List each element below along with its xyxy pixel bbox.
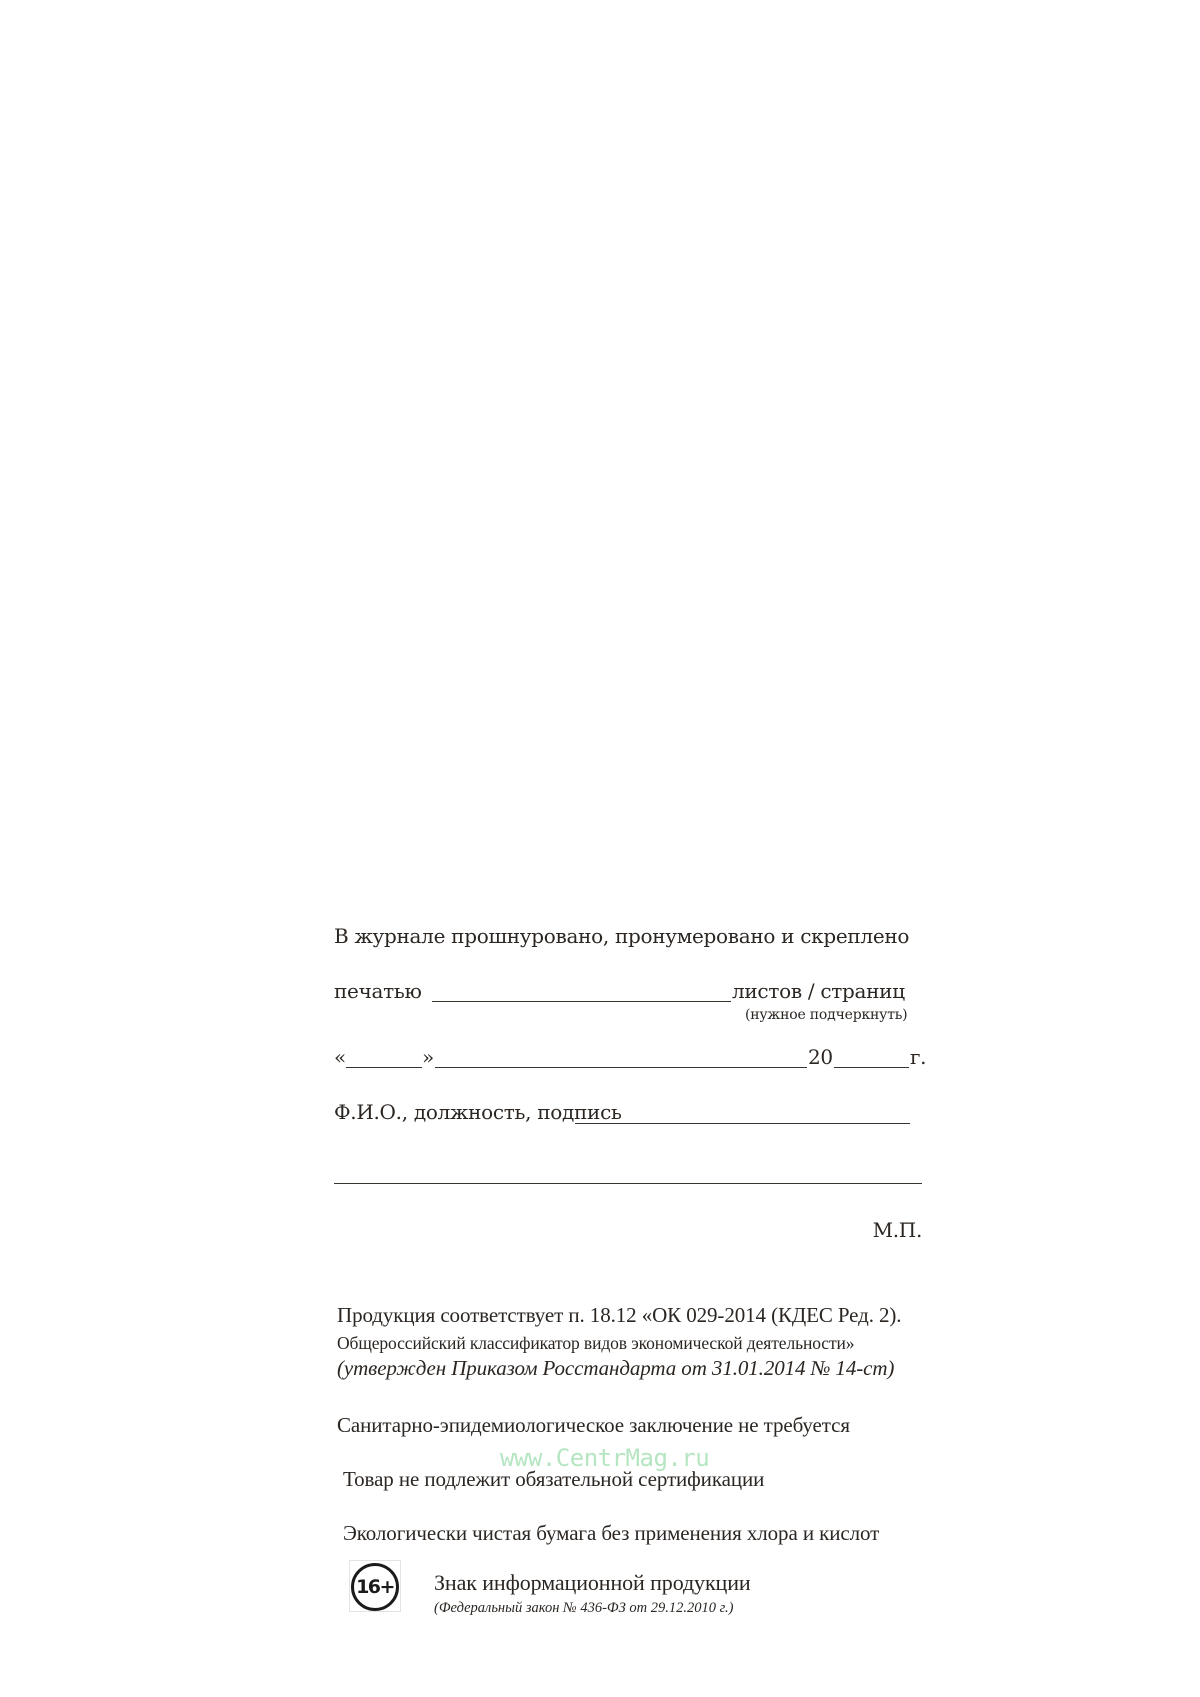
sheets-count-field[interactable] [432, 1001, 731, 1002]
age-rating-law: (Федеральный закон № 436-ФЗ от 29.12.201… [434, 1600, 734, 1617]
age-rating-badge-text: 16+ [356, 1576, 394, 1598]
signature-field[interactable] [575, 1123, 910, 1124]
stamp-place-label: М.П. [873, 1218, 922, 1242]
year-prefix: 20 [808, 1045, 833, 1069]
eco-note: Экологически чистая бумага без применени… [343, 1521, 879, 1546]
underline-note: (нужное подчеркнуть) [745, 1007, 907, 1023]
day-field[interactable] [346, 1067, 422, 1068]
sanitary-note: Санитарно-эпидемиологическое заключение … [337, 1413, 850, 1438]
journal-statement: В журнале прошнуровано, пронумеровано и … [334, 924, 909, 948]
age-rating-title: Знак информационной продукции [434, 1570, 751, 1596]
seal-label: печатью [334, 979, 422, 1003]
year-suffix: г. [910, 1045, 926, 1069]
watermark: www.CentrMag.ru [500, 1444, 709, 1472]
sheets-pages-label: листов / страниц [732, 979, 905, 1003]
signature-label: Ф.И.О., должность, подпись [334, 1100, 622, 1124]
compliance-line-1: Продукция соответствует п. 18.12 «ОК 029… [337, 1303, 901, 1328]
age-rating-icon: 16+ [351, 1563, 399, 1611]
signature-continuation-field[interactable] [334, 1183, 922, 1184]
month-field[interactable] [435, 1067, 807, 1068]
compliance-line-3: (утвержден Приказом Росстандарта от 31.0… [337, 1356, 894, 1381]
date-close-quote: » [422, 1045, 434, 1069]
year-field[interactable] [834, 1067, 909, 1068]
compliance-line-2: Общероссийский классификатор видов эконо… [337, 1333, 854, 1354]
date-open-quote: « [334, 1045, 346, 1069]
